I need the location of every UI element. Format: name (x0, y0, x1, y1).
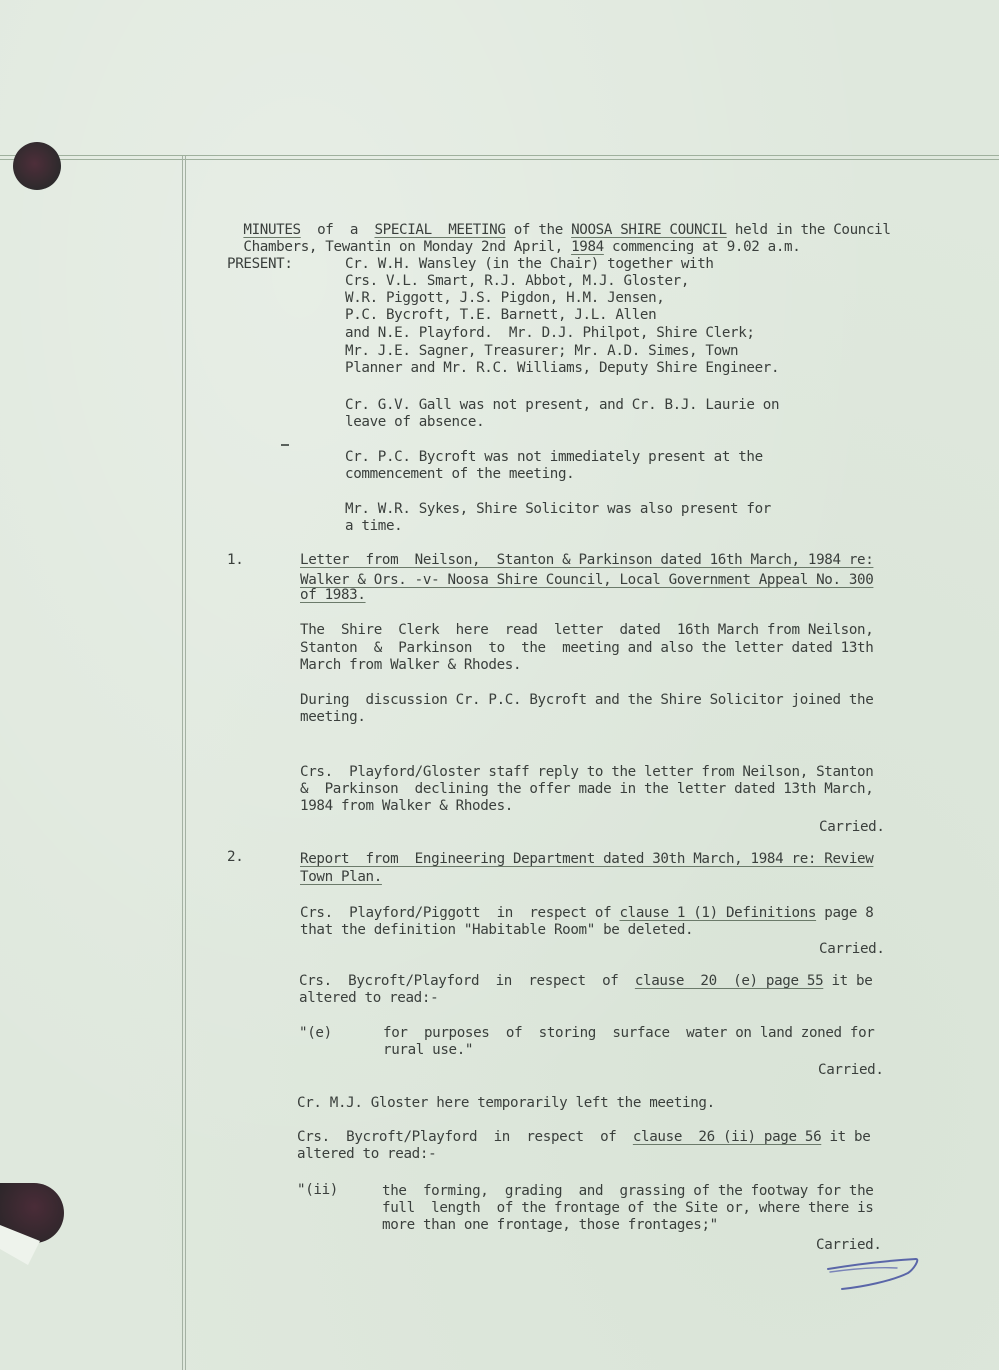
heading-text: Chambers, Tewantin on Monday 2nd April, (243, 239, 571, 255)
item-paragraph: meeting. (300, 709, 366, 726)
motion-result: Carried. (818, 1062, 884, 1079)
interjection-note: Cr. M.J. Gloster here temporarily left t… (297, 1095, 715, 1112)
motion-text: Crs. Bycroft/Playford in respect of (297, 1129, 633, 1145)
solicitor-note: a time. (345, 518, 402, 535)
clause-reference: clause 26 (ii) page 56 (633, 1129, 821, 1145)
attendee-line: W.R. Piggott, J.S. Pigdon, H.M. Jensen, (345, 290, 664, 307)
motion-text: it be (823, 973, 872, 989)
late-arrival-note: Cr. P.C. Bycroft was not immediately pre… (345, 449, 763, 466)
motion-text: page 8 (816, 905, 873, 921)
attendee-line: and N.E. Playford. Mr. D.J. Philpot, Shi… (345, 325, 755, 342)
item-paragraph: The Shire Clerk here read letter dated 1… (300, 622, 873, 639)
solicitor-note: Mr. W.R. Sykes, Shire Solicitor was also… (345, 501, 771, 518)
minutes-heading-line2: Chambers, Tewantin on Monday 2nd April, … (227, 222, 800, 256)
top-rule (0, 155, 999, 156)
item-paragraph: Stanton & Parkinson to the meeting and a… (300, 640, 873, 657)
motion: Crs. Bycroft/Playford in respect of clau… (299, 973, 872, 990)
motion: Crs. Playford/Gloster staff reply to the… (300, 764, 873, 781)
attendee-line: Mr. J.E. Sagner, Treasurer; Mr. A.D. Sim… (345, 343, 738, 360)
quoted-clause: full length of the frontage of the Site … (382, 1200, 874, 1217)
quote-label: "(e) (299, 1025, 332, 1042)
attendee-line: Planner and Mr. R.C. Williams, Deputy Sh… (345, 360, 779, 377)
margin-dash-mark (281, 444, 289, 446)
present-label: PRESENT: (227, 256, 293, 273)
motion: altered to read:- (299, 990, 438, 1007)
heading-text: commencing at 9.02 a.m. (604, 239, 801, 255)
item-paragraph: March from Walker & Rhodes. (300, 657, 521, 674)
item-paragraph: During discussion Cr. P.C. Bycroft and t… (300, 692, 873, 709)
heading-year: 1984 (571, 239, 604, 255)
motion: altered to read:- (297, 1146, 436, 1163)
clause-reference: clause 20 (e) page 55 (635, 973, 823, 989)
punch-hole-top (13, 142, 61, 190)
motion: & Parkinson declining the offer made in … (300, 781, 873, 798)
margin-rule (182, 156, 183, 1370)
absence-note: leave of absence. (345, 414, 484, 431)
motion: 1984 from Walker & Rhodes. (300, 798, 513, 815)
motion: that the definition "Habitable Room" be … (300, 922, 693, 939)
late-arrival-note: commencement of the meeting. (345, 466, 574, 483)
margin-rule-double (185, 156, 186, 1370)
quoted-clause: for purposes of storing surface water on… (383, 1025, 875, 1042)
motion: Crs. Bycroft/Playford in respect of clau… (297, 1129, 870, 1146)
item-title: Report from Engineering Department dated… (300, 851, 873, 868)
item-title: of 1983. (300, 587, 366, 604)
motion-text: Crs. Playford/Piggott in respect of (300, 905, 619, 921)
quote-label: "(ii) (297, 1182, 338, 1199)
attendee-line: Cr. W.H. Wansley (in the Chair) together… (345, 256, 714, 273)
item-number: 1. (227, 552, 243, 569)
absence-note: Cr. G.V. Gall was not present, and Cr. B… (345, 397, 779, 414)
item-number: 2. (227, 849, 243, 866)
attendee-line: Crs. V.L. Smart, R.J. Abbot, M.J. Gloste… (345, 273, 689, 290)
motion-result: Carried. (819, 819, 885, 836)
top-rule-double (0, 159, 999, 160)
item-title: Letter from Neilson, Stanton & Parkinson… (300, 552, 873, 569)
item-title: Walker & Ors. -v- Noosa Shire Council, L… (300, 572, 873, 589)
item-title: Town Plan. (300, 869, 382, 886)
quoted-clause: rural use." (383, 1042, 473, 1059)
signature-initials-icon (822, 1255, 922, 1295)
motion-result: Carried. (819, 941, 885, 958)
quoted-clause: the forming, grading and grassing of the… (382, 1183, 874, 1200)
quoted-clause: more than one frontage, those frontages;… (382, 1217, 718, 1234)
clause-reference: clause 1 (1) Definitions (619, 905, 816, 921)
motion-text: Crs. Bycroft/Playford in respect of (299, 973, 635, 989)
motion-result: Carried. (816, 1237, 882, 1254)
attendee-line: P.C. Bycroft, T.E. Barnett, J.L. Allen (345, 307, 656, 324)
motion: Crs. Playford/Piggott in respect of clau… (300, 905, 873, 922)
motion-text: it be (821, 1129, 870, 1145)
